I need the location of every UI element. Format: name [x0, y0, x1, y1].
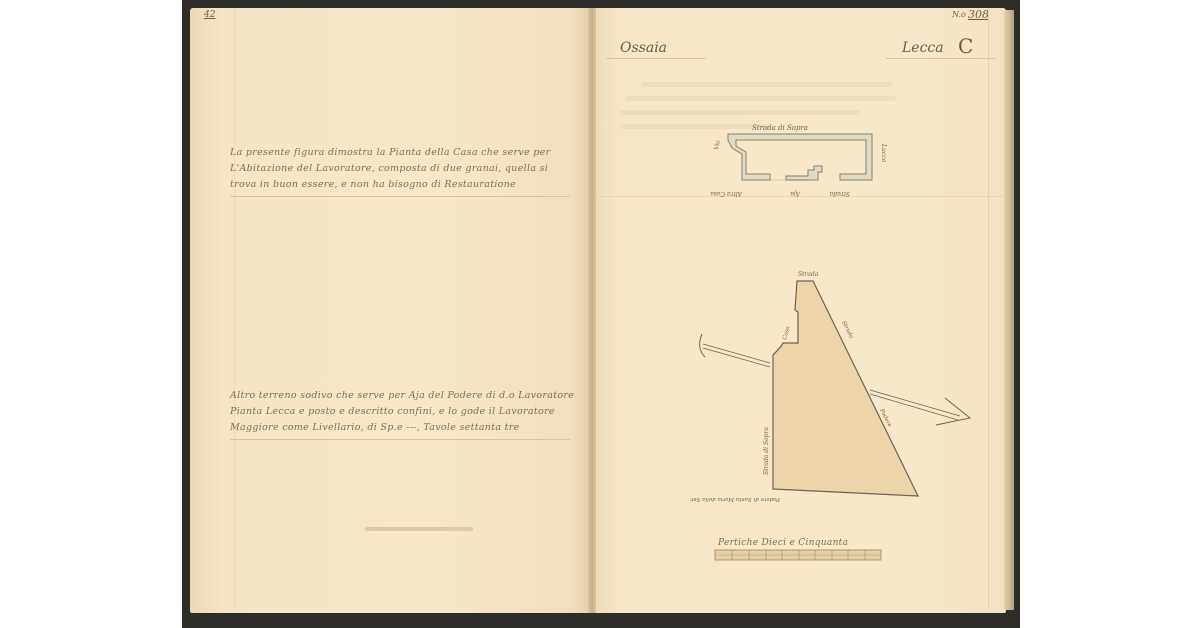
land-label-left: Strada di Sopra	[763, 427, 770, 475]
scale-bar	[714, 548, 884, 562]
left-folio-number: 42	[204, 10, 215, 20]
paragraph-1-rule	[230, 196, 570, 197]
paragraph-1-line-2: L'Abitazione del Lavoratore, composta di…	[230, 161, 548, 177]
right-folio-number: 308	[968, 8, 989, 21]
house-plan-drawing: Strada di Sopra Via Lucca Altra Casa Aja…	[700, 120, 920, 220]
house-label-bottom-middle: Aja	[790, 190, 801, 197]
house-label-right: Lucca	[880, 143, 887, 163]
faint-line	[642, 82, 892, 87]
paragraph-2-line-2: Pianta Lecca e posto e descritto confini…	[230, 404, 555, 420]
margin-rule	[234, 8, 235, 608]
land-plan-drawing: Strada Casa Strada Podere Strada di Sopr…	[690, 260, 980, 510]
house-label-bottom-right: Strada	[829, 190, 850, 197]
header-left-place: Ossaia	[620, 40, 667, 56]
house-label-top: Strada di Sopra	[752, 124, 808, 132]
header-right-rule	[886, 58, 996, 59]
paragraph-2-rule	[230, 439, 570, 440]
header-right-place: Lecca	[902, 40, 944, 56]
left-page: 42 La presente figura dimostra la Pianta…	[190, 8, 588, 613]
right-folio-prefix: N.o	[952, 10, 966, 19]
land-label-bottom: Podere di Santa Maria della Serra	[690, 496, 781, 502]
house-label-left: Via	[713, 139, 722, 150]
book-gutter	[588, 8, 596, 613]
faint-line	[626, 96, 896, 101]
header-left-rule	[606, 58, 706, 59]
paragraph-2-line-3: Maggiore come Livellario, di Sp.e ---, T…	[230, 420, 520, 436]
paragraph-1-line-1: La presente figura dimostra la Pianta de…	[230, 145, 550, 161]
faint-line	[620, 110, 860, 115]
paragraph-1-line-3: trova in buon essere, e non ha bisogno d…	[230, 177, 516, 193]
land-label-right-upper: Strada	[840, 320, 854, 339]
corner-mark: C	[958, 34, 973, 58]
faded-mark	[365, 527, 473, 531]
land-label-notch: Casa	[782, 326, 791, 341]
right-margin-rule	[988, 8, 989, 608]
house-label-bottom-left: Altra Casa	[710, 190, 743, 197]
page-edges	[1004, 10, 1014, 610]
paragraph-2-line-1: Altro terreno sodivo che serve per Aja d…	[230, 388, 574, 404]
land-label-top: Strada	[798, 271, 819, 278]
